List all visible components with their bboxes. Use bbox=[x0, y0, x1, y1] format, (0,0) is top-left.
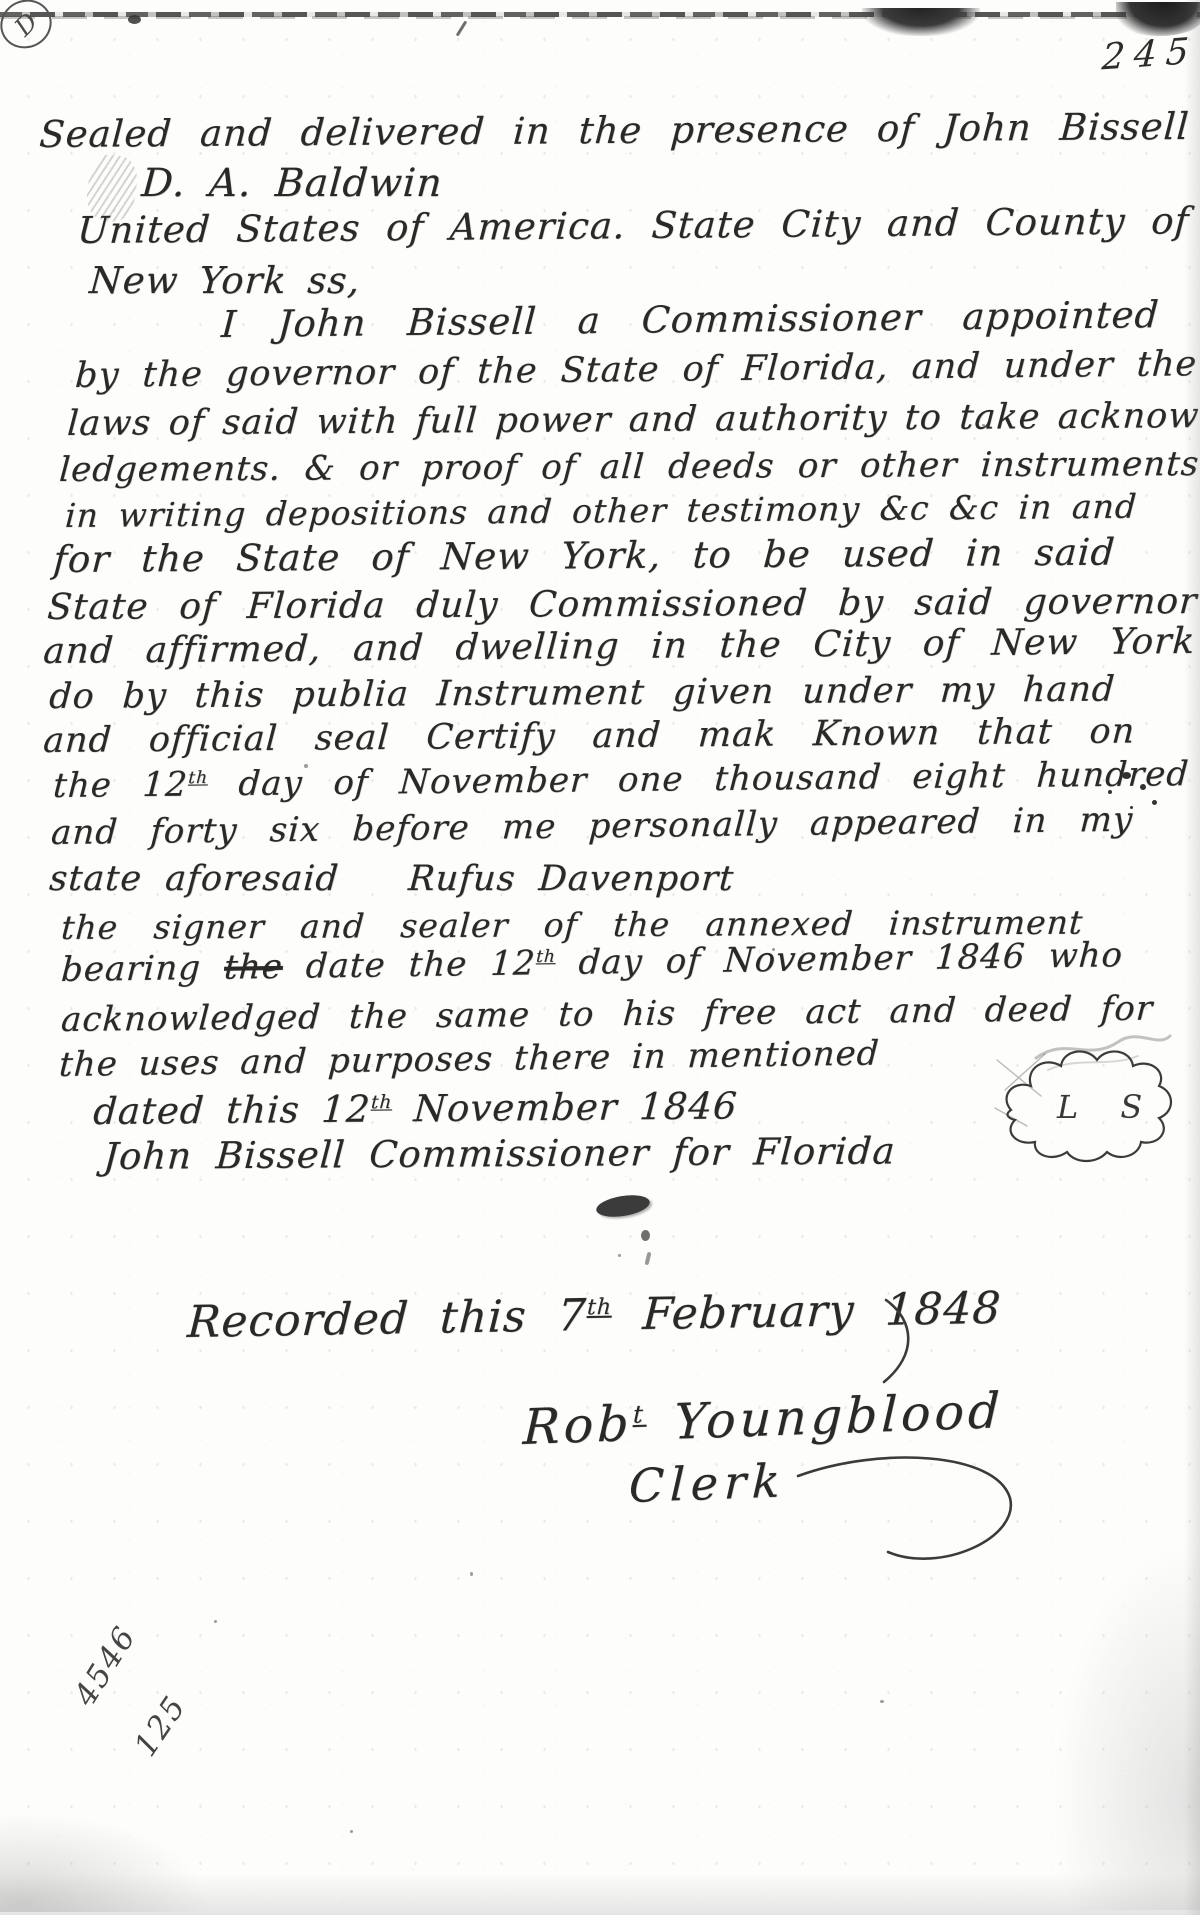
text-segment: day of November 1846 who bbox=[554, 935, 1124, 983]
text-segment: do by this publia Instrument given under… bbox=[48, 670, 1116, 717]
text-segment: in writing depositions and other testimo… bbox=[64, 487, 1138, 535]
manuscript-line: laws of said with full power and authori… bbox=[66, 396, 1200, 444]
manuscript-line: I John Bissell a Commissioner appointed bbox=[220, 294, 1160, 346]
text-segment: Clerk bbox=[628, 1453, 787, 1513]
manuscript-line: the uses and purposes there in mentioned bbox=[58, 1035, 881, 1086]
text-segment: and official seal Certify and mak Known … bbox=[42, 711, 1136, 761]
manuscript-line: do by this publia Instrument given under… bbox=[48, 670, 1117, 718]
text-segment: by the governor of the State of Florida,… bbox=[74, 344, 1198, 396]
text-segment: the uses and purposes there in mentioned bbox=[58, 1034, 881, 1085]
manuscript-line: and affirmed, and dwelling in the City o… bbox=[42, 621, 1196, 672]
scanned-document-page: 245 Sealed and delivered in the presence… bbox=[0, 0, 1200, 1915]
ink-spatter bbox=[1140, 784, 1146, 790]
text-segment: bearing bbox=[60, 948, 225, 990]
manuscript-line: Clerk bbox=[628, 1454, 787, 1512]
text-segment: state aforesaid Rufus Davenport bbox=[48, 859, 735, 899]
seal-ls-text: L S bbox=[1056, 1088, 1158, 1126]
text-segment: for the State of New York, to be used in… bbox=[52, 531, 1117, 581]
text-segment: acknowledged the same to his free act an… bbox=[60, 989, 1154, 1040]
speck bbox=[880, 1700, 884, 1703]
text-segment: and affirmed, and dwelling in the City o… bbox=[42, 621, 1196, 672]
text-segment: United States of America. State City and… bbox=[76, 199, 1191, 252]
speck bbox=[350, 1830, 353, 1833]
manuscript-line: John Bissell Commissioner for Florida bbox=[102, 1130, 897, 1178]
circled-letter: D bbox=[9, 7, 44, 42]
text-segment: New York ss, bbox=[88, 259, 362, 302]
speck bbox=[214, 1620, 217, 1623]
manuscript-line: dated this 12th November 1846 bbox=[92, 1085, 739, 1133]
manuscript-line: in writing depositions and other testimo… bbox=[64, 488, 1138, 535]
manuscript-line: ledgements. & or proof of all deeds or o… bbox=[58, 445, 1200, 490]
manuscript-body: Sealed and delivered in the presence of … bbox=[0, 0, 1200, 1915]
manuscript-line: and official seal Certify and mak Known … bbox=[42, 711, 1136, 761]
speck bbox=[982, 424, 985, 427]
manuscript-line: United States of America. State City and… bbox=[76, 200, 1191, 252]
text-segment: D. A. Baldwin bbox=[140, 161, 444, 206]
superscript: th bbox=[536, 947, 557, 967]
text-segment: laws of said with full power and authori… bbox=[66, 396, 1200, 444]
text-segment: and forty six before me personally appea… bbox=[50, 800, 1134, 853]
clerk-signature-swash bbox=[788, 1432, 1048, 1582]
manuscript-line: D. A. Baldwin bbox=[140, 162, 444, 207]
speck bbox=[304, 764, 308, 768]
speck bbox=[772, 948, 775, 951]
text-segment: State of Florida duly Commissioned by sa… bbox=[46, 581, 1199, 628]
manuscript-line: State of Florida duly Commissioned by sa… bbox=[46, 581, 1199, 628]
manuscript-line: for the State of New York, to be used in… bbox=[52, 532, 1117, 582]
speck bbox=[470, 1572, 473, 1576]
manuscript-line: by the governor of the State of Florida,… bbox=[74, 344, 1198, 396]
ink-spatter bbox=[1122, 772, 1131, 779]
ghost-scribble bbox=[1028, 1016, 1178, 1076]
superscript: th bbox=[586, 1295, 612, 1320]
ink-spatter bbox=[1108, 790, 1112, 794]
text-segment: Rob bbox=[522, 1395, 634, 1456]
text-segment: I John Bissell a Commissioner appointed bbox=[220, 293, 1161, 346]
manuscript-line: state aforesaid Rufus Davenport bbox=[48, 859, 735, 899]
manuscript-line: New York ss, bbox=[88, 260, 362, 303]
speck bbox=[618, 1254, 621, 1257]
ink-dot bbox=[641, 1230, 650, 1241]
text-segment: John Bissell Commissioner for Florida bbox=[102, 1129, 897, 1178]
text-segment: day of November one thousand eight hundr… bbox=[207, 754, 1191, 804]
text-segment: ledgements. & or proof of all deeds or o… bbox=[58, 444, 1200, 490]
scan-corner-shading bbox=[1052, 1540, 1200, 1910]
superscript: t bbox=[633, 1399, 648, 1429]
manuscript-line: acknowledged the same to his free act an… bbox=[60, 990, 1154, 1041]
manuscript-line: and forty six before me personally appea… bbox=[50, 801, 1134, 853]
text-segment: November 1846 bbox=[391, 1084, 739, 1130]
text-segment: dated this 12 bbox=[92, 1088, 372, 1133]
superscript: th bbox=[188, 768, 209, 788]
scan-corner-shading bbox=[0, 1812, 210, 1912]
superscript: th bbox=[370, 1092, 393, 1113]
text-segment: the 12 bbox=[52, 765, 189, 806]
ink-spatter bbox=[1152, 800, 1157, 805]
text-segment: date the 12 bbox=[282, 943, 537, 987]
manuscript-line: the 12th day of November one thousand ei… bbox=[52, 755, 1190, 806]
ink-spatter bbox=[1130, 806, 1133, 809]
text-segment: February 1848 bbox=[610, 1283, 1002, 1341]
struck-word: the bbox=[223, 947, 284, 988]
manuscript-line: Sealed and delivered in the presence of … bbox=[38, 106, 1191, 157]
text-segment: Recorded this 7 bbox=[186, 1290, 588, 1348]
text-segment: Sealed and delivered in the presence of … bbox=[38, 105, 1191, 156]
flourish-after-date bbox=[868, 1292, 928, 1392]
